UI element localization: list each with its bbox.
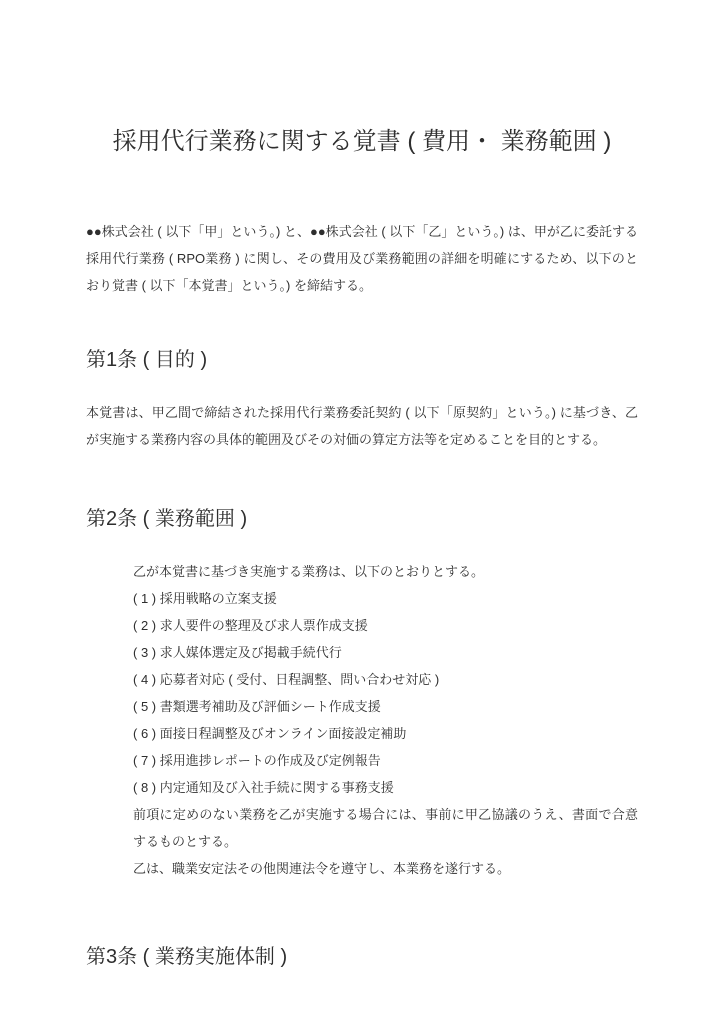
article-2-heading: 第2条 ( 業務範囲 ) [86,507,638,532]
document-title: 採用代行業務に関する覚書 ( 費用・ 業務範囲 ) [86,126,638,158]
article-2-body: 乙が本覚書に基づき実施する業務は、以下のとおりとする。 ( 1 ) 採用戦略の立… [86,558,638,882]
article-1-paragraph: 本覚書は、甲乙間で締結された採用代行業務委託契約 ( 以下「原契約」という。) … [86,399,638,453]
scope-item-3: ( 3 ) 求人媒体選定及び掲載手続代行 [133,639,638,666]
scope-extra-work-paragraph: 前項に定めのない業務を乙が実施する場合には、事前に甲乙協議のうえ、書面で合意する… [133,801,638,855]
article-3-structure: 第3条 ( 業務実施体制 ) [86,945,638,970]
scope-item-4: ( 4 ) 応募者対応 ( 受付、日程調整、問い合わせ対応 ) [133,666,638,693]
scope-item-5: ( 5 ) 書類選考補助及び評価シート作成支援 [133,693,638,720]
scope-item-7: ( 7 ) 採用進捗レポートの作成及び定例報告 [133,747,638,774]
scope-compliance-paragraph: 乙は、職業安定法その他関連法令を遵守し、本業務を遂行する。 [133,855,638,882]
article-1-purpose: 第1条 ( 目的 ) 本覚書は、甲乙間で締結された採用代行業務委託契約 ( 以下… [86,348,638,453]
article-3-heading: 第3条 ( 業務実施体制 ) [86,945,638,970]
article-2-scope: 第2条 ( 業務範囲 ) 乙が本覚書に基づき実施する業務は、以下のとおりとする。… [86,507,638,882]
scope-intro-line: 乙が本覚書に基づき実施する業務は、以下のとおりとする。 [133,558,638,585]
intro-paragraph: ●●株式会社 ( 以下「甲」という。) と、●●株式会社 ( 以下「乙」という。… [86,218,638,299]
scope-item-2: ( 2 ) 求人要件の整理及び求人票作成支援 [133,612,638,639]
scope-item-1: ( 1 ) 採用戦略の立案支援 [133,585,638,612]
article-1-heading: 第1条 ( 目的 ) [86,348,638,373]
document-page: 採用代行業務に関する覚書 ( 費用・ 業務範囲 ) ●●株式会社 ( 以下「甲」… [0,0,724,1024]
scope-item-8: ( 8 ) 内定通知及び入社手続に関する事務支援 [133,774,638,801]
scope-item-6: ( 6 ) 面接日程調整及びオンライン面接設定補助 [133,720,638,747]
